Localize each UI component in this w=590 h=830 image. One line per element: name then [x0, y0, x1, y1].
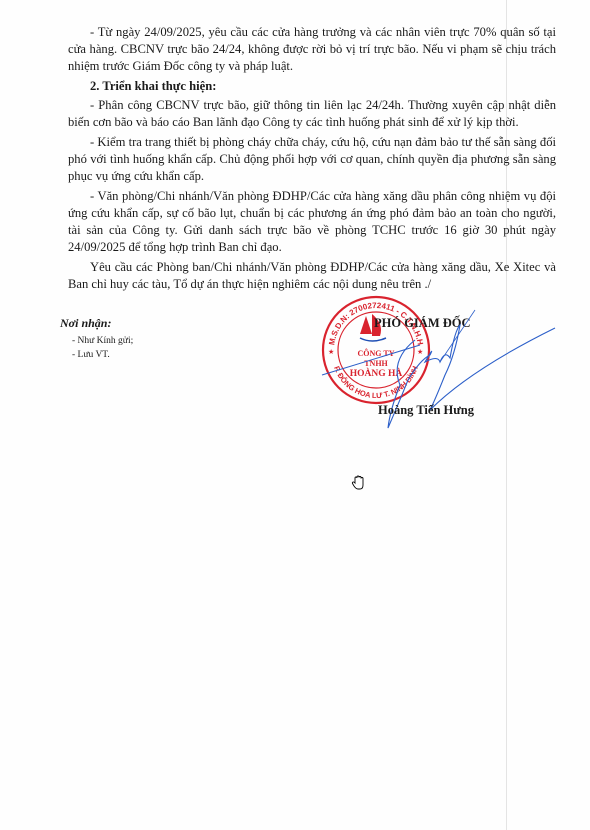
- recipients-block: Nơi nhận: - Như Kính gửi; - Lưu VT.: [60, 316, 133, 362]
- paragraph-intro: - Từ ngày 24/09/2025, yêu cầu các cửa hà…: [68, 24, 556, 75]
- paragraph-equipment-check: - Kiểm tra trang thiết bị phòng cháy chữ…: [68, 134, 556, 185]
- document-page: - Từ ngày 24/09/2025, yêu cầu các cửa hà…: [0, 0, 590, 830]
- recipients-title: Nơi nhận:: [60, 316, 133, 331]
- signer-name: Hoàng Tiến Hưng: [378, 403, 474, 418]
- paragraph-emergency-team: - Văn phòng/Chi nhánh/Văn phòng ĐDHP/Các…: [68, 188, 556, 256]
- document-body: - Từ ngày 24/09/2025, yêu cầu các cửa hà…: [68, 24, 556, 296]
- paragraph-closing: Yêu cầu các Phòng ban/Chi nhánh/Văn phòn…: [68, 259, 556, 293]
- recipient-item: - Lưu VT.: [60, 348, 133, 362]
- paragraph-assign-staff: - Phân công CBCNV trực bão, giữ thông ti…: [68, 97, 556, 131]
- section-heading: 2. Triển khai thực hiện:: [68, 78, 556, 95]
- recipient-item: - Như Kính gửi;: [60, 334, 133, 348]
- hand-grab-cursor-icon: [351, 474, 367, 492]
